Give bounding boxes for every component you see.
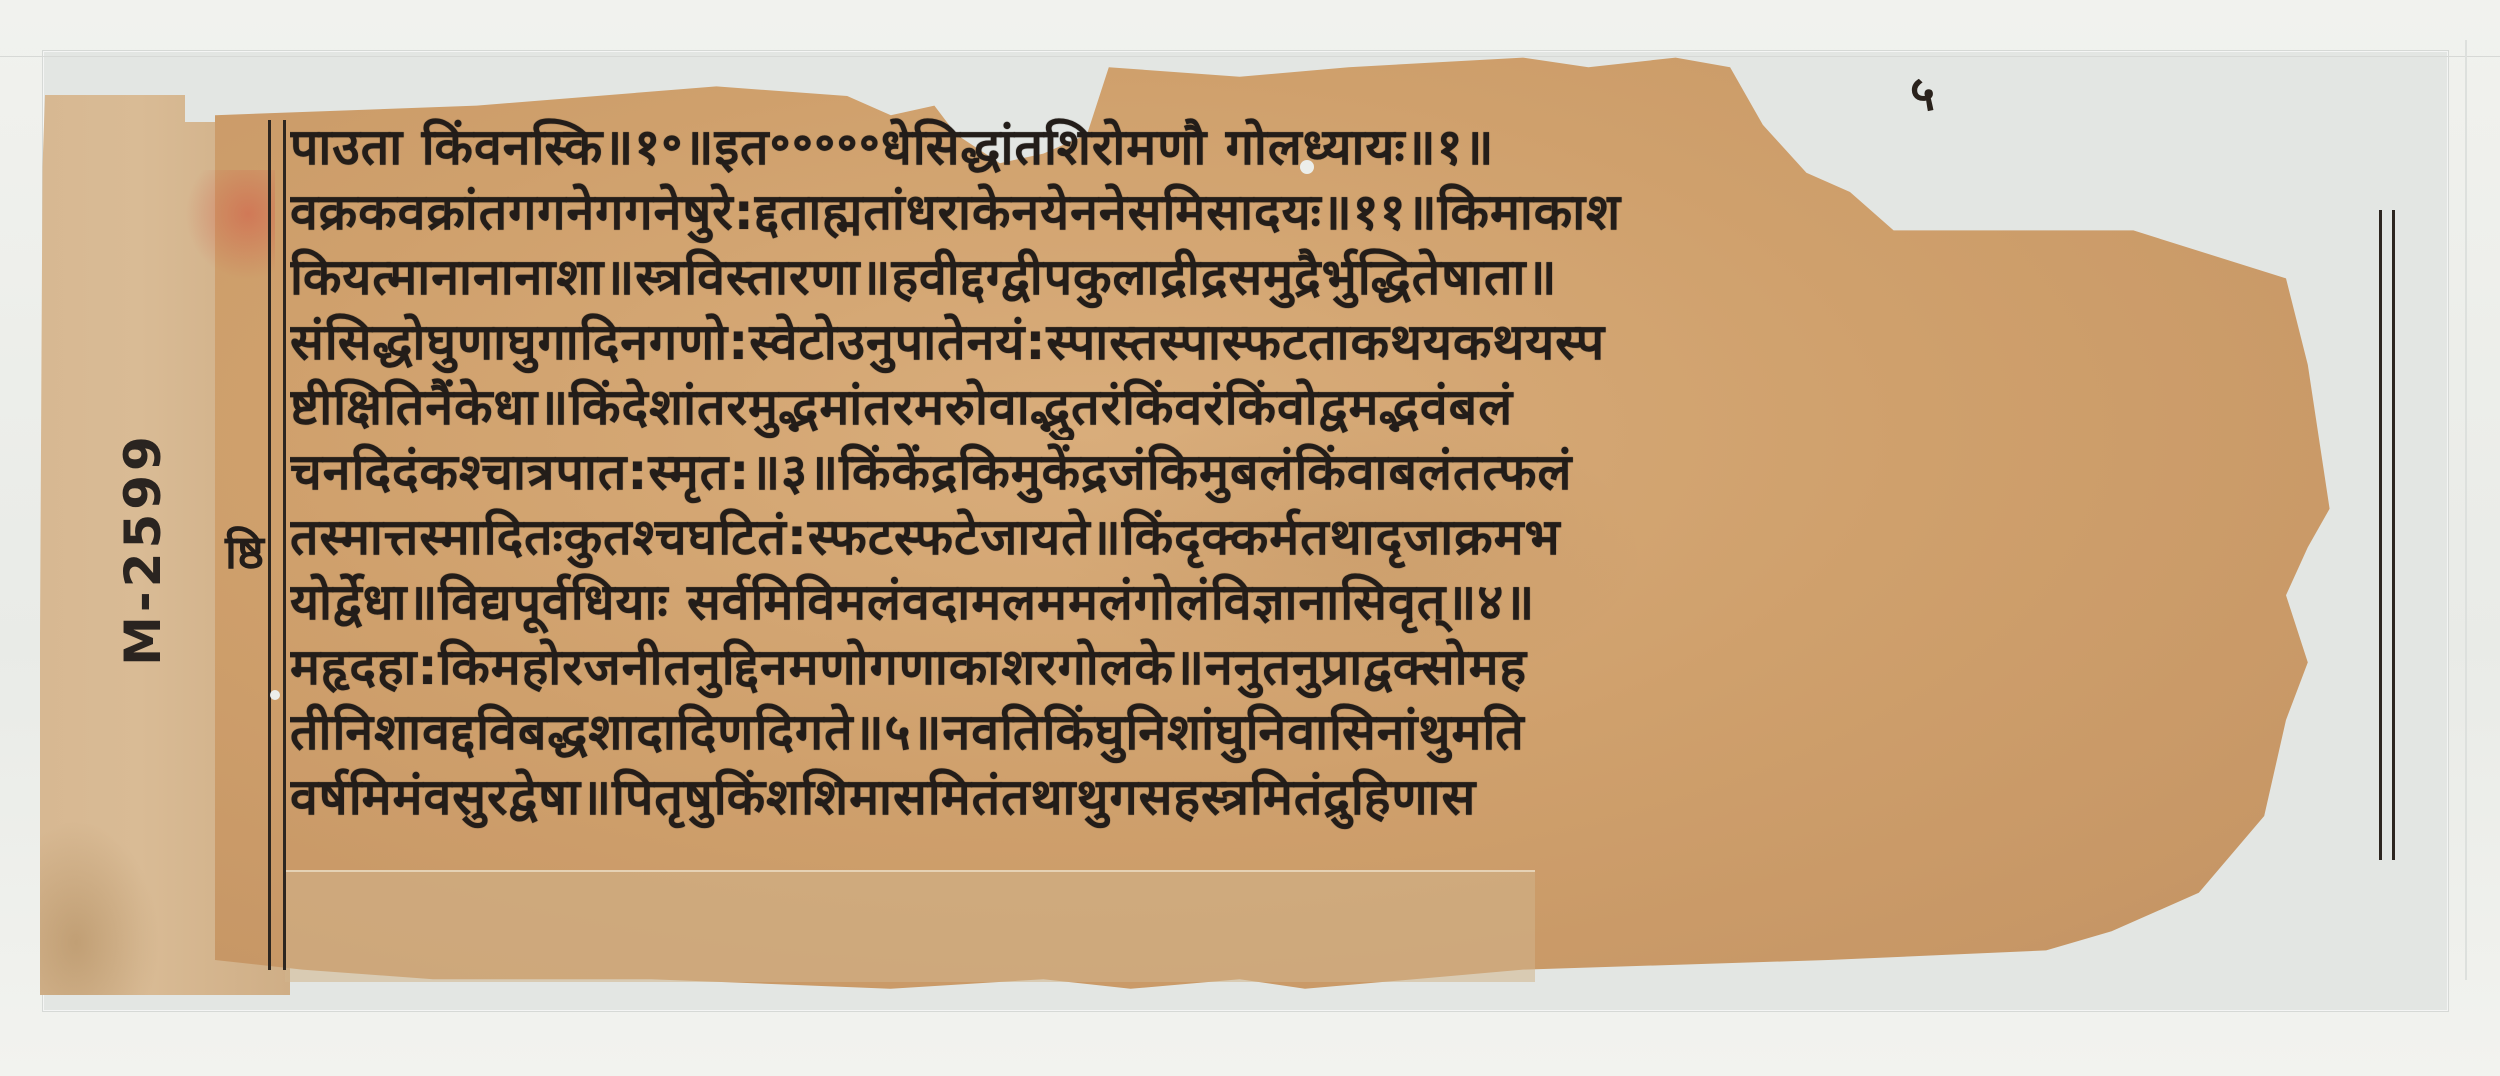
text-line-10: तीनिशावद्दविबद्धशादादिणदिगते॥५॥नवतिकिंघु… (290, 700, 2380, 765)
text-line-5: ष्टीक्षितिनैंकेधा॥किंदेशांतरमुद्भमांतरमर… (290, 375, 2380, 440)
text-line-3: कियत्मानानानाशा॥स्त्रविस्तारणा॥हवीद्दग्द… (290, 245, 2380, 310)
text-line-2: वक्रकवक्रांतगगनेगगनेषुरे:द्दताह्मतांधराक… (290, 180, 2380, 245)
red-ink-mark (185, 170, 275, 280)
text-line-11: वर्षमिमंवसुरद्वेषा॥पितृषुकिंशशिमासमितंतथ… (290, 765, 2380, 830)
manuscript-text: पाउता किंवनस्कि॥१॰॥इत॰॰॰॰॰धेसिद्धांतशिरो… (290, 115, 2380, 830)
text-line-6: चनदिदंकश्चात्रपात:स्मृत:॥३॥किंकेंद्रकिमु… (290, 440, 2380, 505)
margin-note: ष्ठि (225, 520, 264, 582)
sleeve-fold-line (0, 56, 2500, 57)
accession-label: M-2599 (114, 419, 172, 679)
worm-hole (1300, 160, 1314, 174)
water-stain (40, 820, 160, 995)
repair-tape (285, 870, 1535, 982)
text-line-4: संसिद्धोघुणाघुगादिनगणो:स्वेटोउनुपातेनयं:… (290, 310, 2380, 375)
text-line-8: योर्द्वेधा॥विद्यपूर्वधियाः सर्वमिविमलंवद… (290, 570, 2380, 635)
text-line-1: पाउता किंवनस्कि॥१॰॥इत॰॰॰॰॰धेसिद्धांतशिरो… (290, 115, 2380, 180)
worm-hole (270, 690, 280, 700)
text-line-7: तस्मात्तस्मादितःकुतश्चघटितं:स्फटस्फटेजाय… (290, 505, 2380, 570)
left-margin-rule (268, 120, 271, 970)
text-line-9: महृदहा:किमहोरजनीतनुद्दिनमणोगणाकाशरगोलके॥… (290, 635, 2380, 700)
sleeve-edge (2465, 40, 2467, 980)
left-margin-rule-inner (283, 120, 286, 970)
right-margin-rule (2392, 210, 2395, 860)
